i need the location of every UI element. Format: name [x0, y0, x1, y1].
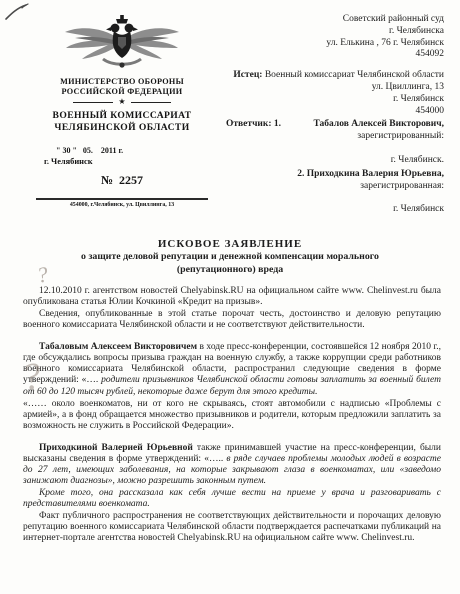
- plaintiff-block: Истец: Военный комиссариат Челябинской о…: [226, 70, 444, 117]
- ministry-name-line1: МИНИСТЕРСТВО ОБОРОНЫ: [18, 77, 226, 87]
- paragraph: Табаловым Алексеем Викторовичем в ходе п…: [23, 342, 441, 397]
- scanned-legal-document-page: ? ?: [0, 0, 460, 594]
- defendant-1-line: Ответчик: 1. Табалов Алексей Викторович,: [226, 119, 444, 131]
- document-title: ИСКОВОЕ ЗАЯВЛЕНИЕ: [0, 238, 460, 251]
- redacted-address-gap: [226, 143, 444, 155]
- plaintiff-label: Истец:: [233, 70, 262, 80]
- paragraph: «…… около военкоматов, ни от кого не скр…: [23, 399, 441, 432]
- defendants-label: Ответчик: 1.: [226, 119, 281, 131]
- document-body: 12.10.2010 г. агентством новостей Chelya…: [0, 286, 460, 544]
- defendant-1-city: г. Челябинск.: [226, 155, 444, 167]
- divider-rule-left: [73, 102, 113, 103]
- paragraph: Факт публичного распространения не соотв…: [23, 511, 441, 544]
- plaintiff-line: Истец: Военный комиссариат Челябинской о…: [226, 70, 444, 82]
- letterhead-city: г. Челябинск: [18, 157, 226, 166]
- paragraph: 12.10.2010 г. агентством новостей Chelya…: [23, 286, 441, 308]
- plaintiff-name: Военный комиссариат Челябинской области: [262, 70, 444, 80]
- court-line: Советский районный суд: [226, 14, 444, 26]
- star-divider: ★: [18, 98, 226, 106]
- paragraph-segment: Факт публичного распространения не соотв…: [23, 511, 441, 543]
- pen-stroke-mark: [4, 2, 30, 24]
- redacted-address-gap: [226, 192, 444, 204]
- document-subtitle-line2: (репутационного) вреда: [0, 264, 460, 277]
- defendant-1-registered: зарегистрированный:: [226, 131, 444, 143]
- paragraph-segment: Кроме того, она рассказала как себя лучш…: [23, 488, 441, 509]
- plaintiff-address-line: 454000: [226, 106, 444, 118]
- organization-name-line2: ЧЕЛЯБИНСКОЙ ОБЛАСТИ: [18, 122, 226, 134]
- court-address-block: Советский районный суд г. Челябинска ул.…: [226, 14, 444, 61]
- addressee-column: Советский районный суд г. Челябинска ул.…: [226, 8, 444, 216]
- document-date: " 30 " 05. 2011 г.: [18, 146, 226, 155]
- double-headed-eagle-emblem-icon: [61, 14, 183, 72]
- divider-rule-right: [131, 102, 171, 103]
- defendants-block: Ответчик: 1. Табалов Алексей Викторович,…: [226, 119, 444, 216]
- document-number: № 2257: [18, 173, 226, 188]
- document-subtitle-line1: о защите деловой репутации и денежной ко…: [0, 251, 460, 264]
- plaintiff-address-line: г. Челябинск: [226, 94, 444, 106]
- letterhead-address-footer: 454000, г.Челябинск, ул. Цвиллинга, 13: [36, 198, 208, 208]
- letterhead: МИНИСТЕРСТВО ОБОРОНЫ РОССИЙСКОЙ ФЕДЕРАЦИ…: [18, 8, 226, 216]
- paragraph-segment: «…… около военкоматов, ни от кого не скр…: [23, 399, 441, 431]
- court-line: г. Челябинска: [226, 26, 444, 38]
- paragraph-segment: Приходкиной Валерией Юрьевной: [39, 443, 193, 453]
- ministry-name-line2: РОССИЙСКОЙ ФЕДЕРАЦИИ: [18, 87, 226, 97]
- defendant-1-name: Табалов Алексей Викторович,: [313, 119, 444, 131]
- court-line: ул. Елькина , 76 г. Челябинск: [226, 38, 444, 50]
- defendant-2-registered: зарегистрированная:: [226, 181, 444, 193]
- paragraph: Кроме того, она рассказала как себя лучш…: [23, 488, 441, 510]
- paragraph-segment: 12.10.2010 г. агентством новостей Chelya…: [23, 286, 441, 307]
- paragraph-segment: Табаловым Алексеем Викторовичем: [39, 342, 197, 352]
- defendant-2-line: 2. Приходкина Валерия Юрьевна,: [226, 169, 444, 181]
- document-header: МИНИСТЕРСТВО ОБОРОНЫ РОССИЙСКОЙ ФЕДЕРАЦИ…: [0, 0, 460, 216]
- paragraph: Сведения, опубликованные в этой статье п…: [23, 309, 441, 331]
- paragraph: Приходкиной Валерией Юрьевной также прин…: [23, 443, 441, 487]
- defendant-2-city: г. Челябинск: [226, 204, 444, 216]
- plaintiff-address-line: ул. Цвиллинга, 13: [226, 82, 444, 94]
- court-line: 454092: [226, 49, 444, 61]
- star-icon: ★: [118, 98, 125, 106]
- organization-name-line1: ВОЕННЫЙ КОМИССАРИАТ: [18, 110, 226, 122]
- document-title-block: ИСКОВОЕ ЗАЯВЛЕНИЕ о защите деловой репут…: [0, 238, 460, 276]
- paragraph-segment: Сведения, опубликованные в этой статье п…: [23, 309, 441, 330]
- emblem-container: [18, 12, 226, 74]
